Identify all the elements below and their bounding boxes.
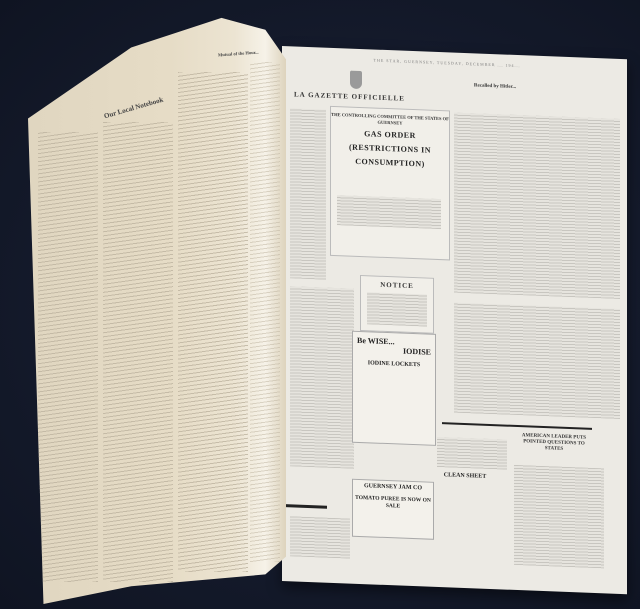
text-column bbox=[38, 132, 98, 582]
ad-brand: GUERNSEY JAM CO bbox=[353, 483, 433, 492]
text-column bbox=[290, 108, 326, 279]
text-column bbox=[454, 303, 620, 419]
masthead: THE STAR, GUERNSEY, TUESDAY, DECEMBER ..… bbox=[322, 56, 572, 71]
section-rule bbox=[282, 504, 327, 509]
left-column-heading: Our Local Notebook bbox=[103, 96, 164, 121]
text-column bbox=[454, 113, 620, 299]
right-top-headline: Recalled by Hitler... bbox=[460, 83, 530, 92]
text-column bbox=[514, 465, 604, 568]
iodine-ad: Be WISE... IODISE IODINE LOCKETS bbox=[352, 331, 436, 446]
gas-order-notice: THE CONTROLLING COMMITTEE OF THE STATES … bbox=[330, 106, 450, 261]
american-leader-headline: AMERICAN LEADER PUTS POINTED QUESTIONS T… bbox=[514, 433, 594, 454]
text-column bbox=[250, 62, 280, 562]
notice-ad-title: NOTICE bbox=[361, 280, 433, 291]
notice-body bbox=[337, 195, 441, 229]
left-top-headline: Mutual of the Hour... bbox=[218, 48, 288, 59]
notice-ad: NOTICE bbox=[360, 275, 434, 334]
notice-title-1: GAS ORDER bbox=[331, 128, 449, 143]
crest-icon bbox=[350, 71, 362, 89]
ad-line-2: IODISE bbox=[353, 345, 431, 357]
text-column bbox=[178, 72, 248, 572]
clean-sheet-headline: CLEAN SHEET bbox=[430, 472, 500, 481]
ad-message: TOMATO PUREE IS NOW ON SALE bbox=[353, 495, 433, 512]
ad-line-3: IODINE LOCKETS bbox=[353, 360, 435, 369]
guernsey-jam-ad: GUERNSEY JAM CO TOMATO PUREE IS NOW ON S… bbox=[352, 479, 434, 540]
text-column bbox=[437, 437, 507, 470]
notice-subtitle: THE CONTROLLING COMMITTEE OF THE STATES … bbox=[331, 112, 449, 129]
right-newspaper-page: THE STAR, GUERNSEY, TUESDAY, DECEMBER ..… bbox=[282, 46, 627, 594]
notice-title-2: (RESTRICTIONS IN bbox=[331, 142, 449, 157]
text-column bbox=[290, 516, 350, 558]
gazette-title: LA GAZETTE OFFICIELLE bbox=[294, 90, 405, 102]
notice-title-3: CONSUMPTION) bbox=[331, 156, 449, 171]
section-rule bbox=[442, 422, 592, 430]
notice-ad-body bbox=[367, 292, 427, 326]
text-column bbox=[290, 286, 354, 468]
left-newspaper-page-curled: Our Local Notebook Mutual of the Hour... bbox=[28, 12, 286, 604]
text-column bbox=[103, 122, 173, 582]
